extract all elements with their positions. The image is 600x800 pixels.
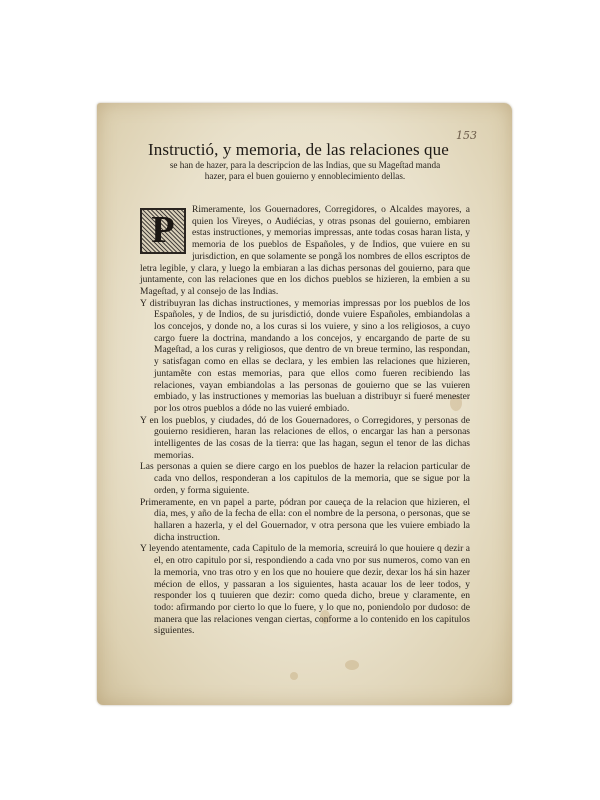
document-title: Instructió, y memoria, de las relaciones… [148, 140, 468, 160]
foxing-stain [290, 672, 298, 680]
paragraph: Y distribuyran las dichas instructiones,… [140, 299, 470, 416]
paragraph: Y leyendo atentamente, cada Capitulo de … [140, 544, 470, 638]
document-body: PRimeramente, los Gouernadores, Corregid… [140, 205, 470, 638]
paragraph: Y en los pueblos, y ciudades, dó de los … [140, 416, 470, 463]
paragraph: PRimeramente, los Gouernadores, Corregid… [140, 205, 470, 299]
document-subtitle: se han de hazer, para la descripcion de … [160, 160, 450, 182]
foxing-stain [345, 660, 359, 670]
drop-cap-initial: P [140, 208, 186, 254]
paragraph: Las personas a quien se diere cargo en l… [140, 462, 470, 497]
paragraph: Primeramente, en vn papel a parte, pódra… [140, 498, 470, 545]
